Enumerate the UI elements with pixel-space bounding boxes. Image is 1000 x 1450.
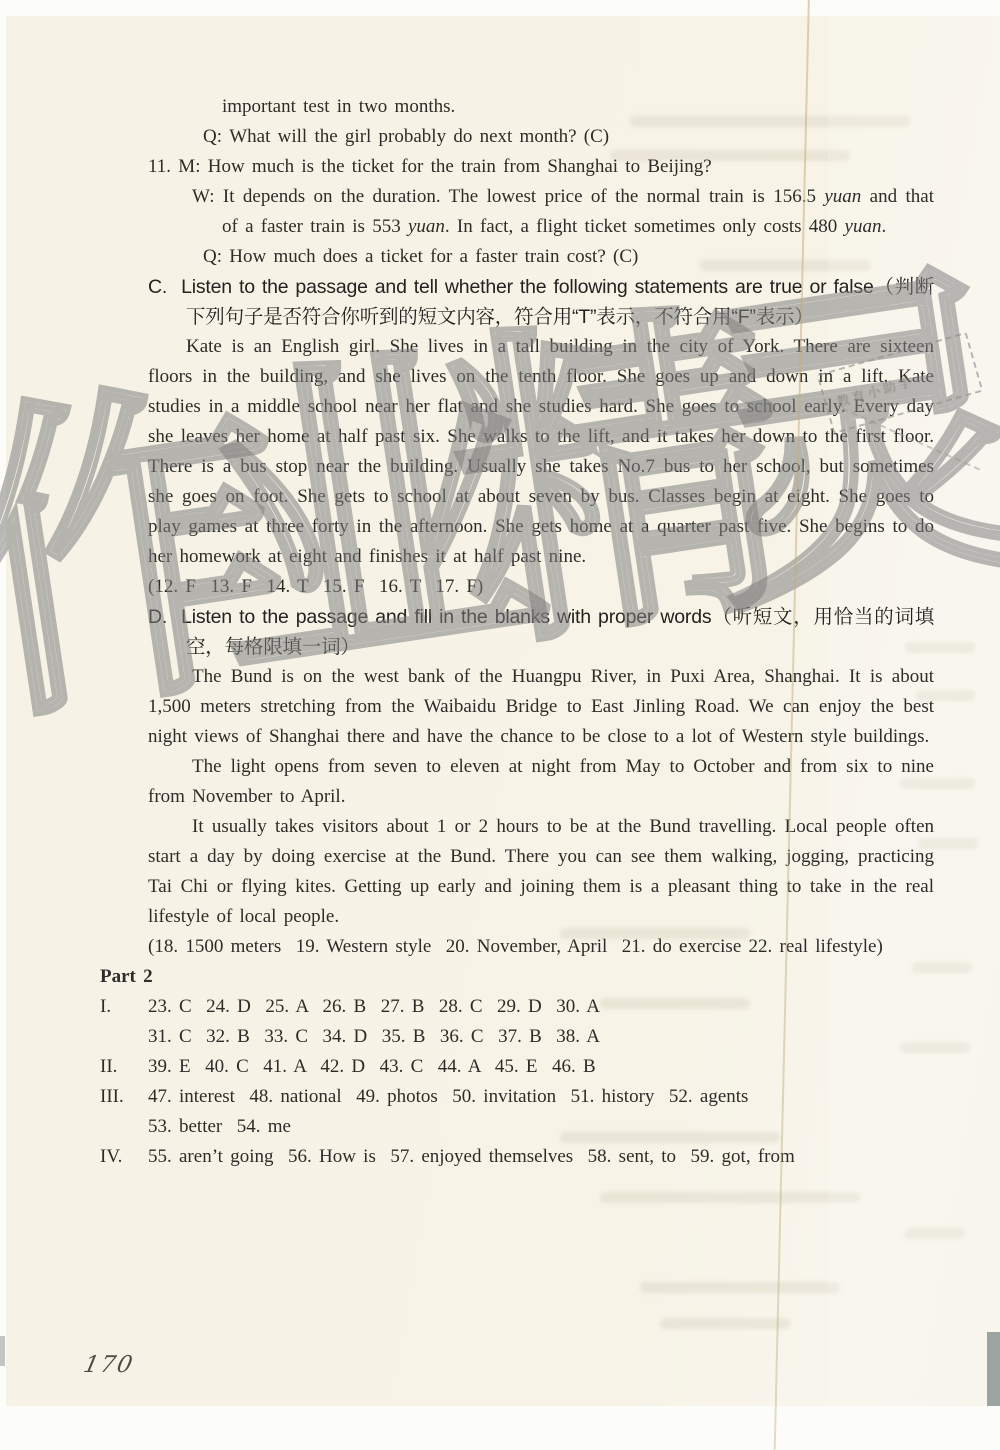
part2-section: Part 2 I. 23. C 24. D 25. A 26. B 27. B … [100,962,934,1172]
bleed-smudge [600,1192,860,1203]
passage-bund-1: The Bund is on the west bank of the Huan… [148,662,934,752]
w-segment: It depends on the duration. The lowest p… [223,186,824,207]
answer-row-3: II. 39. E 40. C 41. A 42. D 43. C 44. A … [100,1052,934,1082]
w-segment-italic: yuan [408,216,445,237]
item-number: 11. [148,156,171,177]
q-text: What will the girl probably do next mont… [229,126,609,147]
row-answers: 31. C 32. B 33. C 34. D 35. B 36. C 37. … [148,1022,600,1052]
bleed-smudge [640,1282,840,1293]
m-label: M: [178,156,200,177]
answer-row-5: 53. better 54. me [100,1112,934,1142]
dialogue-tail-line: important test in two months. [222,92,934,122]
answer-row-4: III. 47. interest 48. national 49. photo… [100,1082,934,1112]
w-label: W: [192,186,215,207]
section-d-instruction: Listen to the passage and fill in the bl… [181,606,934,658]
answers-18-22: (18. 1500 meters 19. Western style 20. N… [148,932,934,962]
row-label: I. [100,992,148,1022]
passage-kate: Kate is an English girl. She lives in a … [148,332,934,572]
page-content: important test in two months. Q: What wi… [0,0,1000,1172]
w-segment-italic: yuan [845,216,882,237]
answers-12-17: (12. F 13. F 14. T 15. F 16. T 17. F) [148,572,934,602]
passage-bund-3: It usually takes visitors about 1 or 2 h… [148,812,934,932]
row-answers: 53. better 54. me [148,1112,291,1142]
question-11-line: Q: How much does a ticket for a faster t… [203,242,934,272]
q-label: Q: [203,126,222,147]
w-segment-italic: yuan [824,186,861,207]
scan-edge-mark [0,1336,5,1366]
answer-row-1: I. 23. C 24. D 25. A 26. B 27. B 28. C 2… [100,992,934,1022]
q-label: Q: [203,246,222,267]
bleed-smudge [660,1318,790,1329]
answer-row-2: 31. C 32. B 33. C 34. D 35. B 36. C 37. … [100,1022,934,1052]
part2-title: Part 2 [100,962,934,992]
question-10-line: Q: What will the girl probably do next m… [203,122,934,152]
section-c-label: C. [148,276,181,298]
row-label: IV. [100,1142,148,1172]
row-label [100,1022,148,1052]
row-label: II. [100,1052,148,1082]
page-number: 170 [81,1352,136,1378]
row-answers: 39. E 40. C 41. A 42. D 43. C 44. A 45. … [148,1052,596,1082]
section-c-header: C.Listen to the passage and tell whether… [186,272,934,332]
watermark-stamp-text: 教育小助手 [834,370,916,410]
row-answers: 47. interest 48. national 49. photos 50.… [148,1082,748,1112]
row-label [100,1112,148,1142]
row-answers: 23. C 24. D 25. A 26. B 27. B 28. C 29. … [148,992,600,1022]
row-label: III. [100,1082,148,1112]
section-c-instruction: Listen to the passage and tell whether t… [181,276,934,328]
section-d-label: D. [148,606,181,628]
w-segment: . [881,216,886,237]
answer-row-6: IV. 55. aren’t going 56. How is 57. enjo… [100,1142,934,1172]
row-answers: 55. aren’t going 56. How is 57. enjoyed … [148,1142,795,1172]
bleed-smudge [905,1228,965,1239]
passage-bund-2: The light opens from seven to eleven at … [148,752,934,812]
q-text: How much does a ticket for a faster trai… [229,246,638,267]
w-segment: . In fact, a flight ticket sometimes onl… [445,216,845,237]
scan-edge-strip [987,1332,1000,1406]
dialogue-11-m-line: 11. M: How much is the ticket for the tr… [148,152,934,182]
dialogue-11-w-block: W: It depends on the duration. The lowes… [222,182,934,242]
section-d-header: D.Listen to the passage and fill in the … [186,602,934,662]
m-text: How much is the ticket for the train fro… [208,156,712,177]
